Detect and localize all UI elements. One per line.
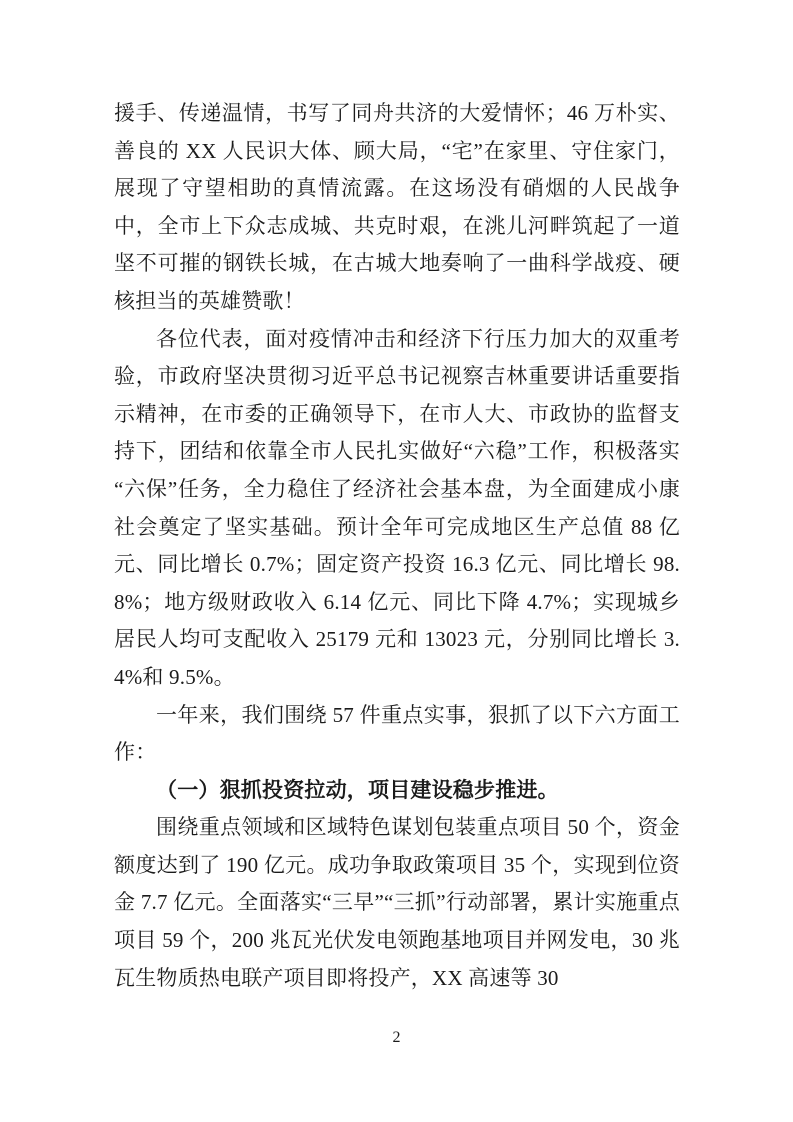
paragraph-continuation: 援手、传递温情，书写了同舟共济的大爱情怀；46 万朴实、善良的 XX 人民识大体…	[114, 95, 680, 321]
section-heading-one: （一）狠抓投资拉动，项目建设稳步推进。	[114, 772, 680, 810]
paragraph-overview: 各位代表，面对疫情冲击和经济下行压力加大的双重考验，市政府坚决贯彻习近平总书记视…	[114, 321, 680, 697]
page-number: 2	[0, 1028, 793, 1048]
paragraph-intro-six-areas: 一年来，我们围绕 57 件重点实事，狠抓了以下六方面工作：	[114, 697, 680, 772]
page-body: 援手、传递温情，书写了同舟共济的大爱情怀；46 万朴实、善良的 XX 人民识大体…	[114, 95, 680, 997]
paragraph-investment-projects: 围绕重点领域和区域特色谋划包装重点项目 50 个，资金额度达到了 190 亿元。…	[114, 809, 680, 997]
document-page: 援手、传递温情，书写了同舟共济的大爱情怀；46 万朴实、善良的 XX 人民识大体…	[0, 0, 793, 1122]
